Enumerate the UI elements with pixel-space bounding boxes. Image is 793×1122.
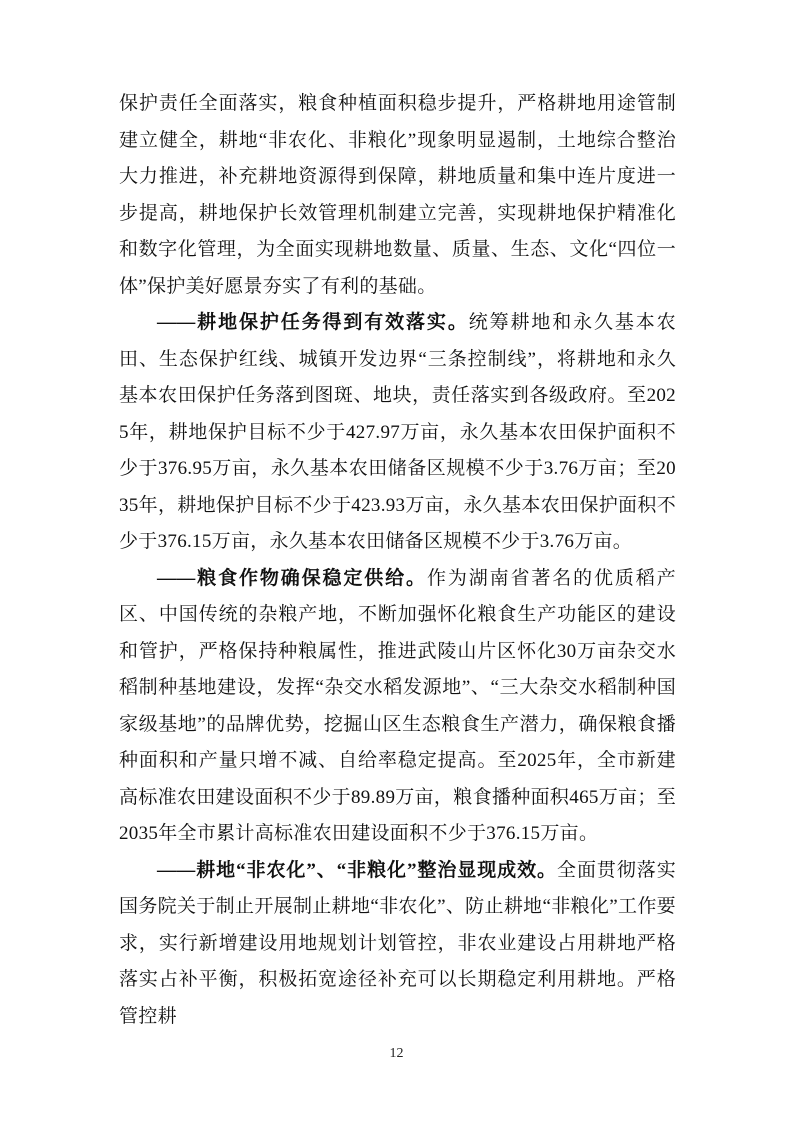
- paragraph-grain-supply-lead: ——粮食作物确保稳定供给。: [157, 568, 427, 589]
- paragraph-grain-supply: ——粮食作物确保稳定供给。作为湖南省著名的优质稻产区、中国传统的杂粮产地，不断加…: [119, 561, 676, 853]
- paragraph-farmland-protection-tasks: ——耕地保护任务得到有效落实。统筹耕地和永久基本农田、生态保护红线、城镇开发边界…: [119, 305, 676, 561]
- document-page: 保护责任全面落实，粮食种植面积稳步提升，严格耕地用途管制建立健全，耕地“非农化、…: [0, 0, 793, 1122]
- paragraph-farmland-protection-tasks-text: 统筹耕地和永久基本农田、生态保护红线、城镇开发边界“三条控制线”，将耕地和永久基…: [119, 312, 676, 552]
- paragraph-continuation: 保护责任全面落实，粮食种植面积稳步提升，严格耕地用途管制建立健全，耕地“非农化、…: [119, 86, 676, 305]
- paragraph-non-agriculturalization: ——耕地“非农化”、“非粮化”整治显现成效。全面贯彻落实国务院关于制止开展制止耕…: [119, 853, 676, 1036]
- paragraph-continuation-text: 保护责任全面落实，粮食种植面积稳步提升，严格耕地用途管制建立健全，耕地“非农化、…: [119, 93, 676, 297]
- paragraph-farmland-protection-tasks-lead: ——耕地保护任务得到有效落实。: [157, 312, 469, 333]
- paragraph-grain-supply-text: 作为湖南省著名的优质稻产区、中国传统的杂粮产地，不断加强怀化粮食生产功能区的建设…: [119, 568, 676, 845]
- paragraph-non-agriculturalization-lead: ——耕地“非农化”、“非粮化”整治显现成效。: [157, 860, 557, 881]
- page-number: 12: [0, 1044, 793, 1064]
- document-body: 保护责任全面落实，粮食种植面积稳步提升，严格耕地用途管制建立健全，耕地“非农化、…: [119, 86, 676, 1035]
- paragraph-non-agriculturalization-text: 全面贯彻落实国务院关于制止开展制止耕地“非农化”、防止耕地“非粮化”工作要求，实…: [119, 860, 676, 1027]
